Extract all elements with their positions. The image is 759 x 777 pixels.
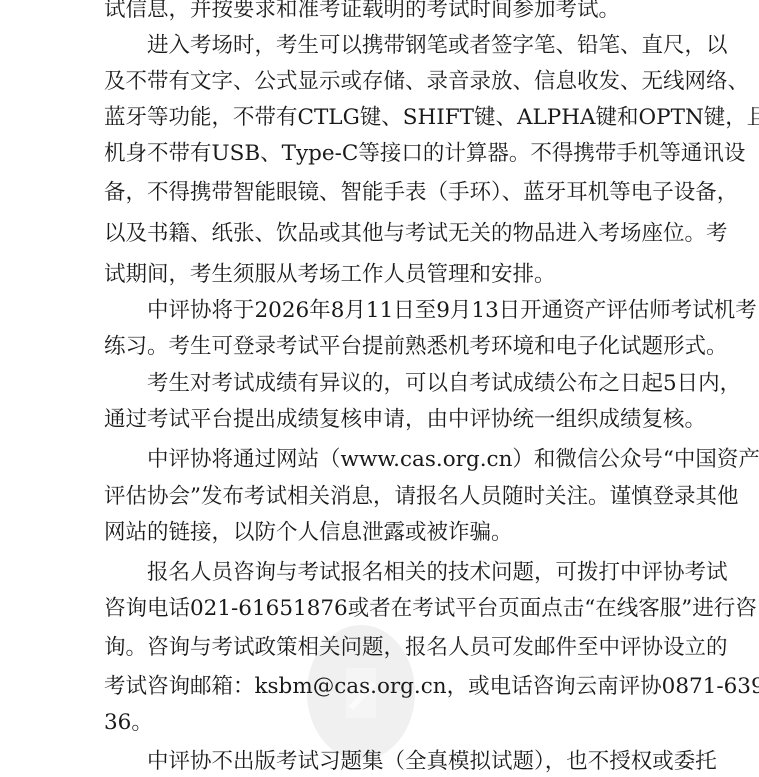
paragraph-line: 试信息，并按要求和准考证载明的考试时间参加考试。 (104, 0, 664, 25)
paragraph-line: 蓝牙等功能，不带有CTLG键、SHIFT键、ALPHA键和OPTN键，且 (104, 103, 664, 133)
paragraph-line: 询。咨询与考试政策相关问题，报名人员可发邮件至中评协设立的 (104, 633, 664, 663)
paragraph-line: 练习。考生可登录考试平台提前熟悉机考环境和电子化试题形式。 (104, 332, 664, 362)
paragraph-line: 考生对考试成绩有异议的，可以自考试成绩公布之日起5日内， (147, 369, 664, 399)
paragraph-line: 咨询电话021-61651876或者在考试平台页面点击“在线客服”进行咨 (104, 594, 664, 624)
paragraph-line: 报名人员咨询与考试报名相关的技术问题，可拨打中评协考试 (147, 558, 664, 588)
document-page: 试信息，并按要求和准考证载明的考试时间参加考试。进入考场时，考生可以携带钢笔或者… (0, 0, 759, 777)
paragraph-line: 中评协不出版考试习题集（全真模拟试题），也不授权或委托 (147, 747, 664, 777)
paragraph-line: 进入考场时，考生可以携带钢笔或者签字笔、铅笔、直尺，以 (147, 31, 664, 61)
paragraph-line: 以及书籍、纸张、饮品或其他与考试无关的物品进入考场座位。考 (104, 219, 664, 249)
paragraph-line: 评估协会”发布考试相关消息，请报名人员随时关注。谨慎登录其他 (104, 482, 664, 512)
paragraph-line: 及不带有文字、公式显示或存储、录音录放、信息收发、无线网络、 (104, 67, 664, 97)
paragraph-line: 机身不带有USB、Type-C等接口的计算器。不得携带手机等通讯设 (104, 139, 664, 169)
paragraph-line: 考试咨询邮箱：ksbm@cas.org.cn，或电话咨询云南评协0871-639… (104, 672, 664, 702)
paragraph-line: 36。 (104, 708, 664, 738)
paragraph-line: 备，不得携带智能眼镜、智能手表（手环）、蓝牙耳机等电子设备， (104, 178, 664, 208)
paragraph-line: 中评协将于2026年8月11日至9月13日开通资产评估师考试机考 (147, 296, 664, 326)
paragraph-line: 网站的链接，以防个人信息泄露或被诈骗。 (104, 518, 664, 548)
paragraph-line: 试期间，考生须服从考场工作人员管理和安排。 (104, 260, 664, 290)
paragraph-line: 通过考试平台提出成绩复核申请，由中评协统一组织成绩复核。 (104, 405, 664, 435)
paragraph-line: 中评协将通过网站（www.cas.org.cn）和微信公众号“中国资产 (147, 445, 664, 475)
